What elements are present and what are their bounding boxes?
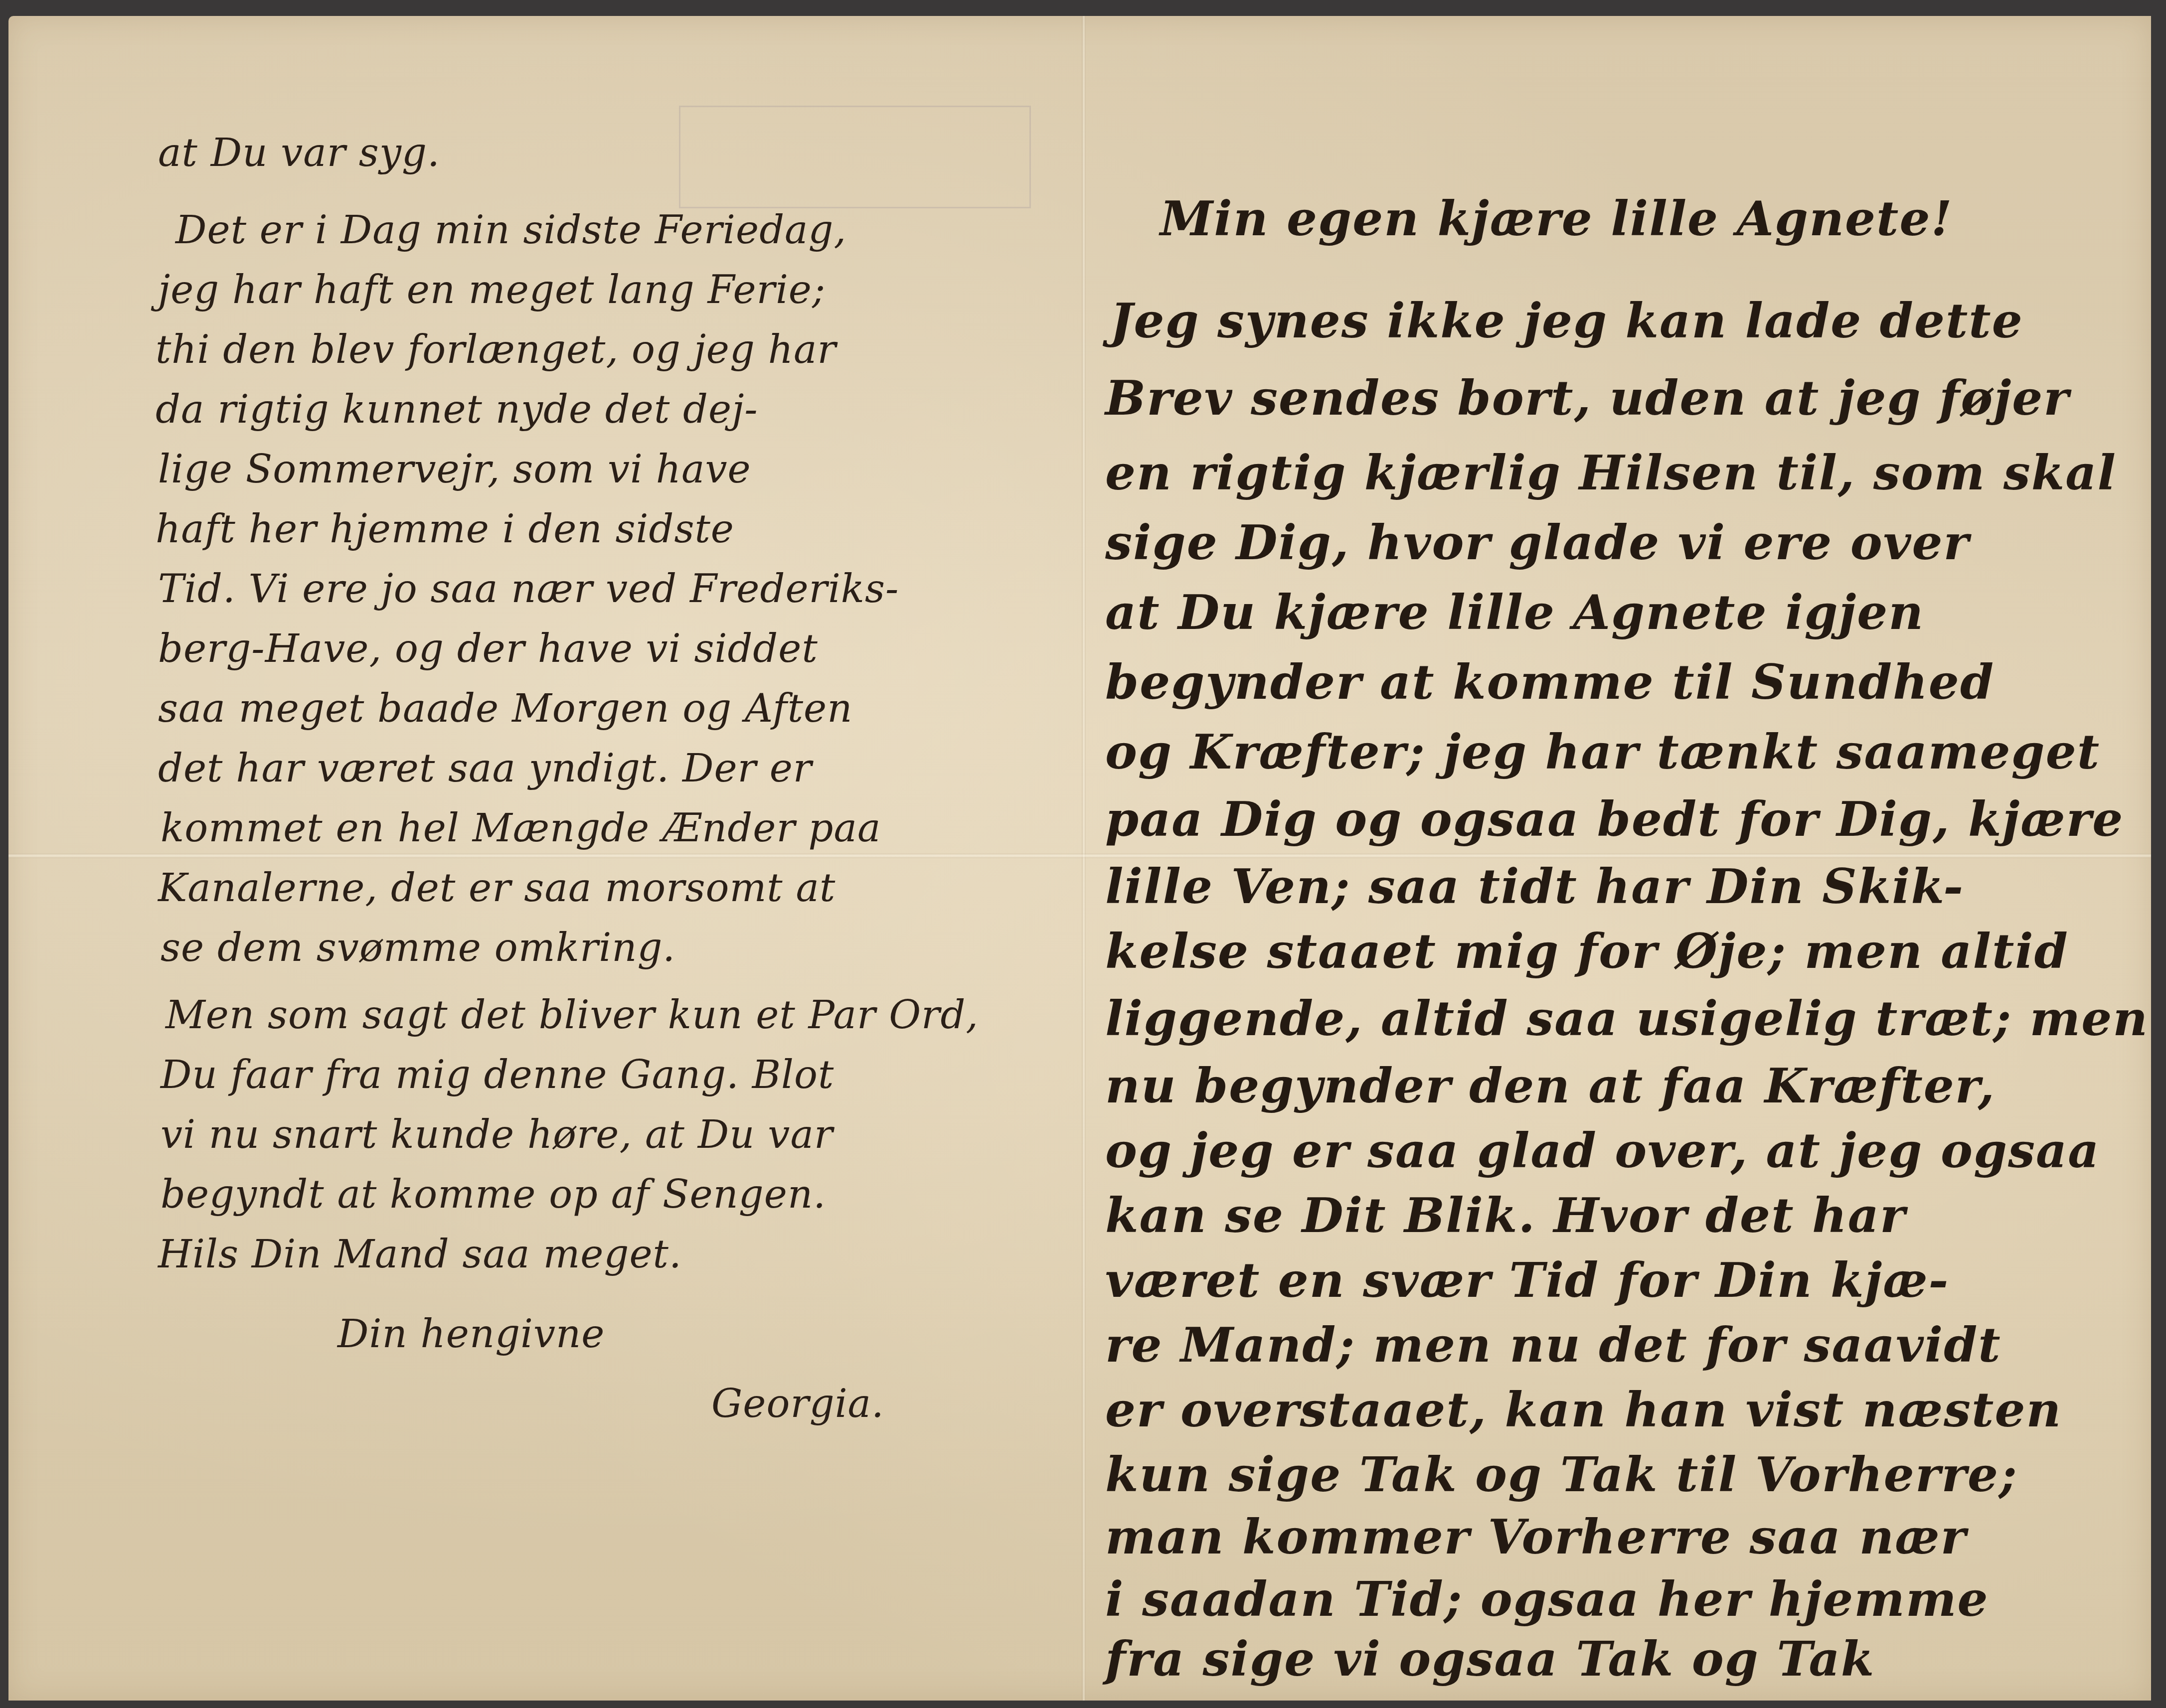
- text-line: da rigtig kunnet nyde det dej-: [156, 387, 758, 432]
- signature: Georgia.: [711, 1382, 884, 1426]
- text-line: haft her hjemme i den sidste: [156, 507, 734, 552]
- closing-line: Din hengivne: [337, 1312, 605, 1357]
- text-line: Men som sagt det bliver kun et Par Ord,: [166, 993, 979, 1038]
- text-line: at Du kjære lille Agnete igjen: [1105, 584, 1924, 640]
- text-line: Brev sendes bort, uden at jeg føjer: [1105, 370, 2070, 426]
- text-line: Kanalerne, det er saa morsomt at: [158, 866, 835, 911]
- text-line: kun sige Tak og Tak til Vorherre;: [1105, 1446, 2018, 1503]
- right-page: Min egen kjære lille Agnete! Jeg synes i…: [1090, 16, 2151, 1701]
- text-line: thi den blev forlænget, og jeg har: [156, 327, 836, 372]
- text-line: Hils Din Mand saa meget.: [158, 1232, 682, 1277]
- text-line: fra sige vi ogsaa Tak og Tak: [1105, 1631, 1875, 1687]
- text-line: man kommer Vorherre saa nær: [1105, 1509, 1967, 1565]
- left-page: at Du var syg. Det er i Dag min sidste F…: [8, 16, 1080, 1701]
- text-line: Tid. Vi ere jo saa nær ved Frederiks-: [158, 567, 899, 612]
- text-line: at Du var syg.: [158, 131, 440, 175]
- text-line: vi nu snart kunde høre, at Du var: [161, 1112, 833, 1157]
- text-line: været en svær Tid for Din kjæ-: [1105, 1252, 1949, 1308]
- text-line: jeg har haft en meget lang Ferie;: [158, 268, 826, 312]
- text-line: Det er i Dag min sidste Feriedag,: [175, 208, 846, 253]
- text-line: berg-Have, og der have vi siddet: [158, 626, 818, 671]
- text-line: kelse staaet mig for Øje; men altid: [1105, 923, 2069, 979]
- text-line: saa meget baade Morgen og Aften: [158, 686, 853, 731]
- text-line: og jeg er saa glad over, at jeg ogsaa: [1105, 1122, 2100, 1179]
- text-line: det har været saa yndigt. Der er: [158, 746, 812, 791]
- text-line: se dem svømme omkring.: [161, 926, 675, 970]
- text-line: og Kræfter; jeg har tænkt saameget: [1105, 724, 2100, 780]
- greeting: Min egen kjære lille Agnete!: [1160, 190, 1953, 247]
- text-line: en rigtig kjærlig Hilsen til, som skal: [1105, 445, 2117, 501]
- text-line: liggende, altid saa usigelig træt; men: [1105, 990, 2149, 1047]
- text-line: Du faar fra mig denne Gang. Blot: [161, 1053, 834, 1097]
- text-line: kommet en hel Mængde Ænder paa: [161, 806, 881, 851]
- text-line: kan se Dit Blik. Hvor det har: [1105, 1187, 1906, 1243]
- text-line: begynder at komme til Sundhed: [1105, 654, 1995, 710]
- text-line: begyndt at komme op af Sengen.: [161, 1172, 826, 1217]
- letter-sheet: at Du var syg. Det er i Dag min sidste F…: [8, 16, 2151, 1701]
- text-line: Jeg synes ikke jeg kan lade dette: [1110, 293, 2023, 349]
- text-line: lige Sommervejr, som vi have: [158, 447, 751, 492]
- text-line: i saadan Tid; ogsaa her hjemme: [1105, 1571, 1989, 1627]
- text-line: er overstaaet, kan han vist næsten: [1105, 1382, 2062, 1438]
- text-line: sige Dig, hvor glade vi ere over: [1105, 514, 1970, 571]
- text-line: lille Ven; saa tidt har Din Skik-: [1105, 858, 1964, 915]
- text-line: nu begynder den at faa Kræfter,: [1105, 1058, 1996, 1114]
- vertical-fold-crease: [1082, 16, 1086, 1701]
- text-line: re Mand; men nu det for saavidt: [1105, 1317, 2001, 1373]
- text-line: paa Dig og ogsaa bedt for Dig, kjære: [1105, 791, 2124, 847]
